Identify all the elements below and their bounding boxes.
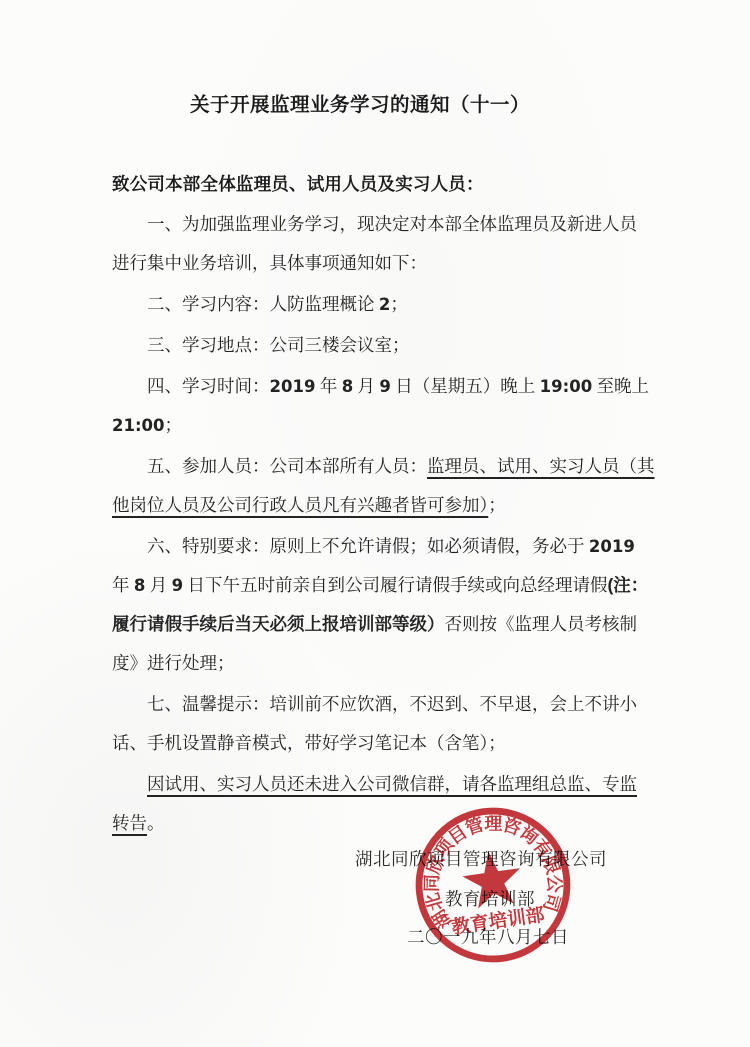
text-segment: 至晚上 xyxy=(592,376,649,396)
text-segment: 二、学习内容：人防监理概论 xyxy=(147,294,379,314)
document-title: 关于开展监理业务学习的通知（十一） xyxy=(0,89,720,117)
text-segment: ； xyxy=(488,495,506,515)
paragraph: 七、温馨提示：培训前不应饮酒，不迟到、不早退，会上不讲小话、手机设置静音模式，带… xyxy=(112,685,664,763)
seal-graphic: 湖北同欣项目管理咨询有限公司 教育培训部 xyxy=(408,800,578,970)
company-seal: 湖北同欣项目管理咨询有限公司 教育培训部 xyxy=(408,800,578,970)
paragraph: 五、参加人员：公司本部所有人员：监理员、试用、实习人员（其他岗位人员及公司行政人… xyxy=(112,447,664,525)
text-segment: 2 xyxy=(379,295,390,314)
salutation: 致公司本部全体监理员、试用人员及实习人员： xyxy=(112,171,484,196)
text-segment: ； xyxy=(165,415,183,435)
text-segment: 六、特别要求：原则上不允许请假；如必须请假，务必于 xyxy=(147,536,589,556)
text-segment: 8 xyxy=(342,377,353,396)
paragraph: 二、学习内容：人防监理概论 2； xyxy=(112,285,664,324)
text-segment: 2019 xyxy=(589,537,635,556)
paragraph: 六、特别要求：原则上不允许请假；如必须请假，务必于 2019年 8 月 9 日下… xyxy=(112,527,664,683)
text-segment: 21:00 xyxy=(112,416,165,435)
text-segment: 。 xyxy=(147,813,165,833)
text-segment: 8 xyxy=(134,576,145,595)
text-segment: 月 xyxy=(353,376,379,396)
text-segment: ； xyxy=(390,294,408,314)
text-segment: 日（星期五）晚上 xyxy=(391,376,540,396)
text-segment: 2019 xyxy=(270,377,316,396)
text-segment: 日下午五时前亲自到公司履行请假手续或向总经理请假 xyxy=(183,575,607,595)
text-segment: 19:00 xyxy=(540,377,593,396)
text-segment: 四、学习时间： xyxy=(147,376,270,396)
text-segment: 9 xyxy=(379,377,390,396)
text-segment: 年 xyxy=(112,575,134,595)
text-segment: 七、温馨提示：培训前不应饮酒，不迟到、不早退，会上不讲小话、手机设置静音模式，带… xyxy=(112,694,637,753)
paragraph: 四、学习时间：2019 年 8 月 9 日（星期五）晚上 19:00 至晚上21… xyxy=(112,367,664,445)
text-segment: 五、参加人员：公司本部所有人员： xyxy=(147,456,427,476)
text-segment: 9 xyxy=(172,576,183,595)
paragraph: 三、学习地点：公司三楼会议室； xyxy=(112,326,664,365)
text-segment: 月 xyxy=(145,575,171,595)
paragraph: 一、为加强监理业务学习，现决定对本部全体监理员及新进人员进行集中业务培训，具体事… xyxy=(112,205,664,283)
document-body: 一、为加强监理业务学习，现决定对本部全体监理员及新进人员进行集中业务培训，具体事… xyxy=(112,205,664,845)
seal-star-icon xyxy=(459,847,524,910)
text-segment: 年 xyxy=(315,376,341,396)
text-segment: 三、学习地点：公司三楼会议室； xyxy=(147,335,410,355)
document-page: 关于开展监理业务学习的通知（十一） 致公司本部全体监理员、试用人员及实习人员： … xyxy=(0,0,750,1047)
paragraph: 因试用、实习人员还未进入公司微信群，请各监理组总监、专监转告。 xyxy=(112,765,664,843)
text-segment: 一、为加强监理业务学习，现决定对本部全体监理员及新进人员进行集中业务培训，具体事… xyxy=(112,214,637,273)
seal-center-text: 教育培训部 xyxy=(449,904,546,938)
